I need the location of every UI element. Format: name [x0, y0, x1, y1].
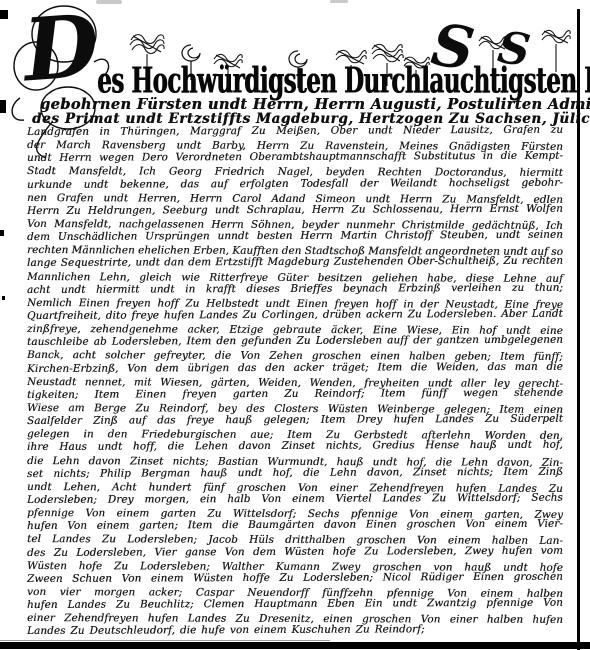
- manuscript-line: tigkeiten;ItemEinenfreyengartenZuReindor…: [27, 386, 563, 401]
- manuscript-line: ihreHausundthoff,dieLehendavonZinsetnich…: [27, 439, 563, 454]
- manuscript-line: hufenLandesZuBeuchlitz;ClemenHauptmannEb…: [27, 597, 563, 612]
- ink-speck: [0, 10, 8, 19]
- manuscript-line: achtundthiermittundtinkrafftdiesesBrieff…: [27, 281, 563, 296]
- scan-border-right: [577, 9, 580, 650]
- manuscript-line: Kirchen-Erbzinß,Vondemübrigendasdenacker…: [27, 360, 563, 375]
- manuscript-line: hufenVoneinemgarten;ItemdieBaumgärtendav…: [27, 518, 563, 533]
- manuscript-line: setnichts;PhilipBergmanhaußundthof,dieLe…: [27, 465, 563, 480]
- manuscript-line: langeSequestrirte,undtdandemErtzstifftMa…: [27, 255, 563, 270]
- scan-border-bottom: [0, 642, 590, 649]
- manuscript-line: Landes Zu Deutschleudorf, die hufe von e…: [27, 623, 563, 638]
- ink-speck: [0, 100, 6, 113]
- manuscript-line: HerrnZuHeldrungen,SeeburgundtSchraplau,H…: [27, 203, 563, 218]
- manuscript-line: Lodersleben;Dreymorgen,einhalbVoneinemVi…: [27, 492, 563, 507]
- scan-border-bottom-shadow: [0, 640, 330, 641]
- manuscript-line: Quartfreiheit,ditofreyehufenLandesZuCorl…: [27, 308, 563, 323]
- manuscript-line: desZuLodersleben,VierganseVondemWüstenho…: [27, 544, 563, 559]
- ink-speck: [0, 230, 4, 236]
- manuscript-line: demUnschädlichenUrsprüngenunndtbestenHer…: [27, 229, 563, 244]
- heading-initial-letter: D: [21, 4, 101, 95]
- manuscript-line: urkundeundtbekenne,dasauferfolgtenTodesf…: [27, 176, 563, 191]
- scan-smudge: [96, 0, 122, 4]
- manuscript-line: SaalfelderZinßaufdasfreyehaußgelegen;Ite…: [27, 413, 563, 428]
- manuscript-line: undtHerrnwegenDeroVerordnetenOberambtsha…: [27, 150, 563, 165]
- scan-smudge: [330, 0, 348, 3]
- ink-speck: [2, 296, 5, 300]
- manuscript-line: ZweenSchuenVoneinemWüstenhoffeZuLodersle…: [27, 570, 563, 585]
- manuscript-page: D: [0, 0, 590, 650]
- manuscript-body: LandgrafeninThüringen,MarggrafZuMeißen,O…: [27, 126, 563, 638]
- manuscript-line: LandgrafeninThüringen,MarggrafZuMeißen,O…: [27, 124, 563, 139]
- manuscript-line: tauschleibeabLodersleben,Itemdengefunden…: [27, 334, 563, 349]
